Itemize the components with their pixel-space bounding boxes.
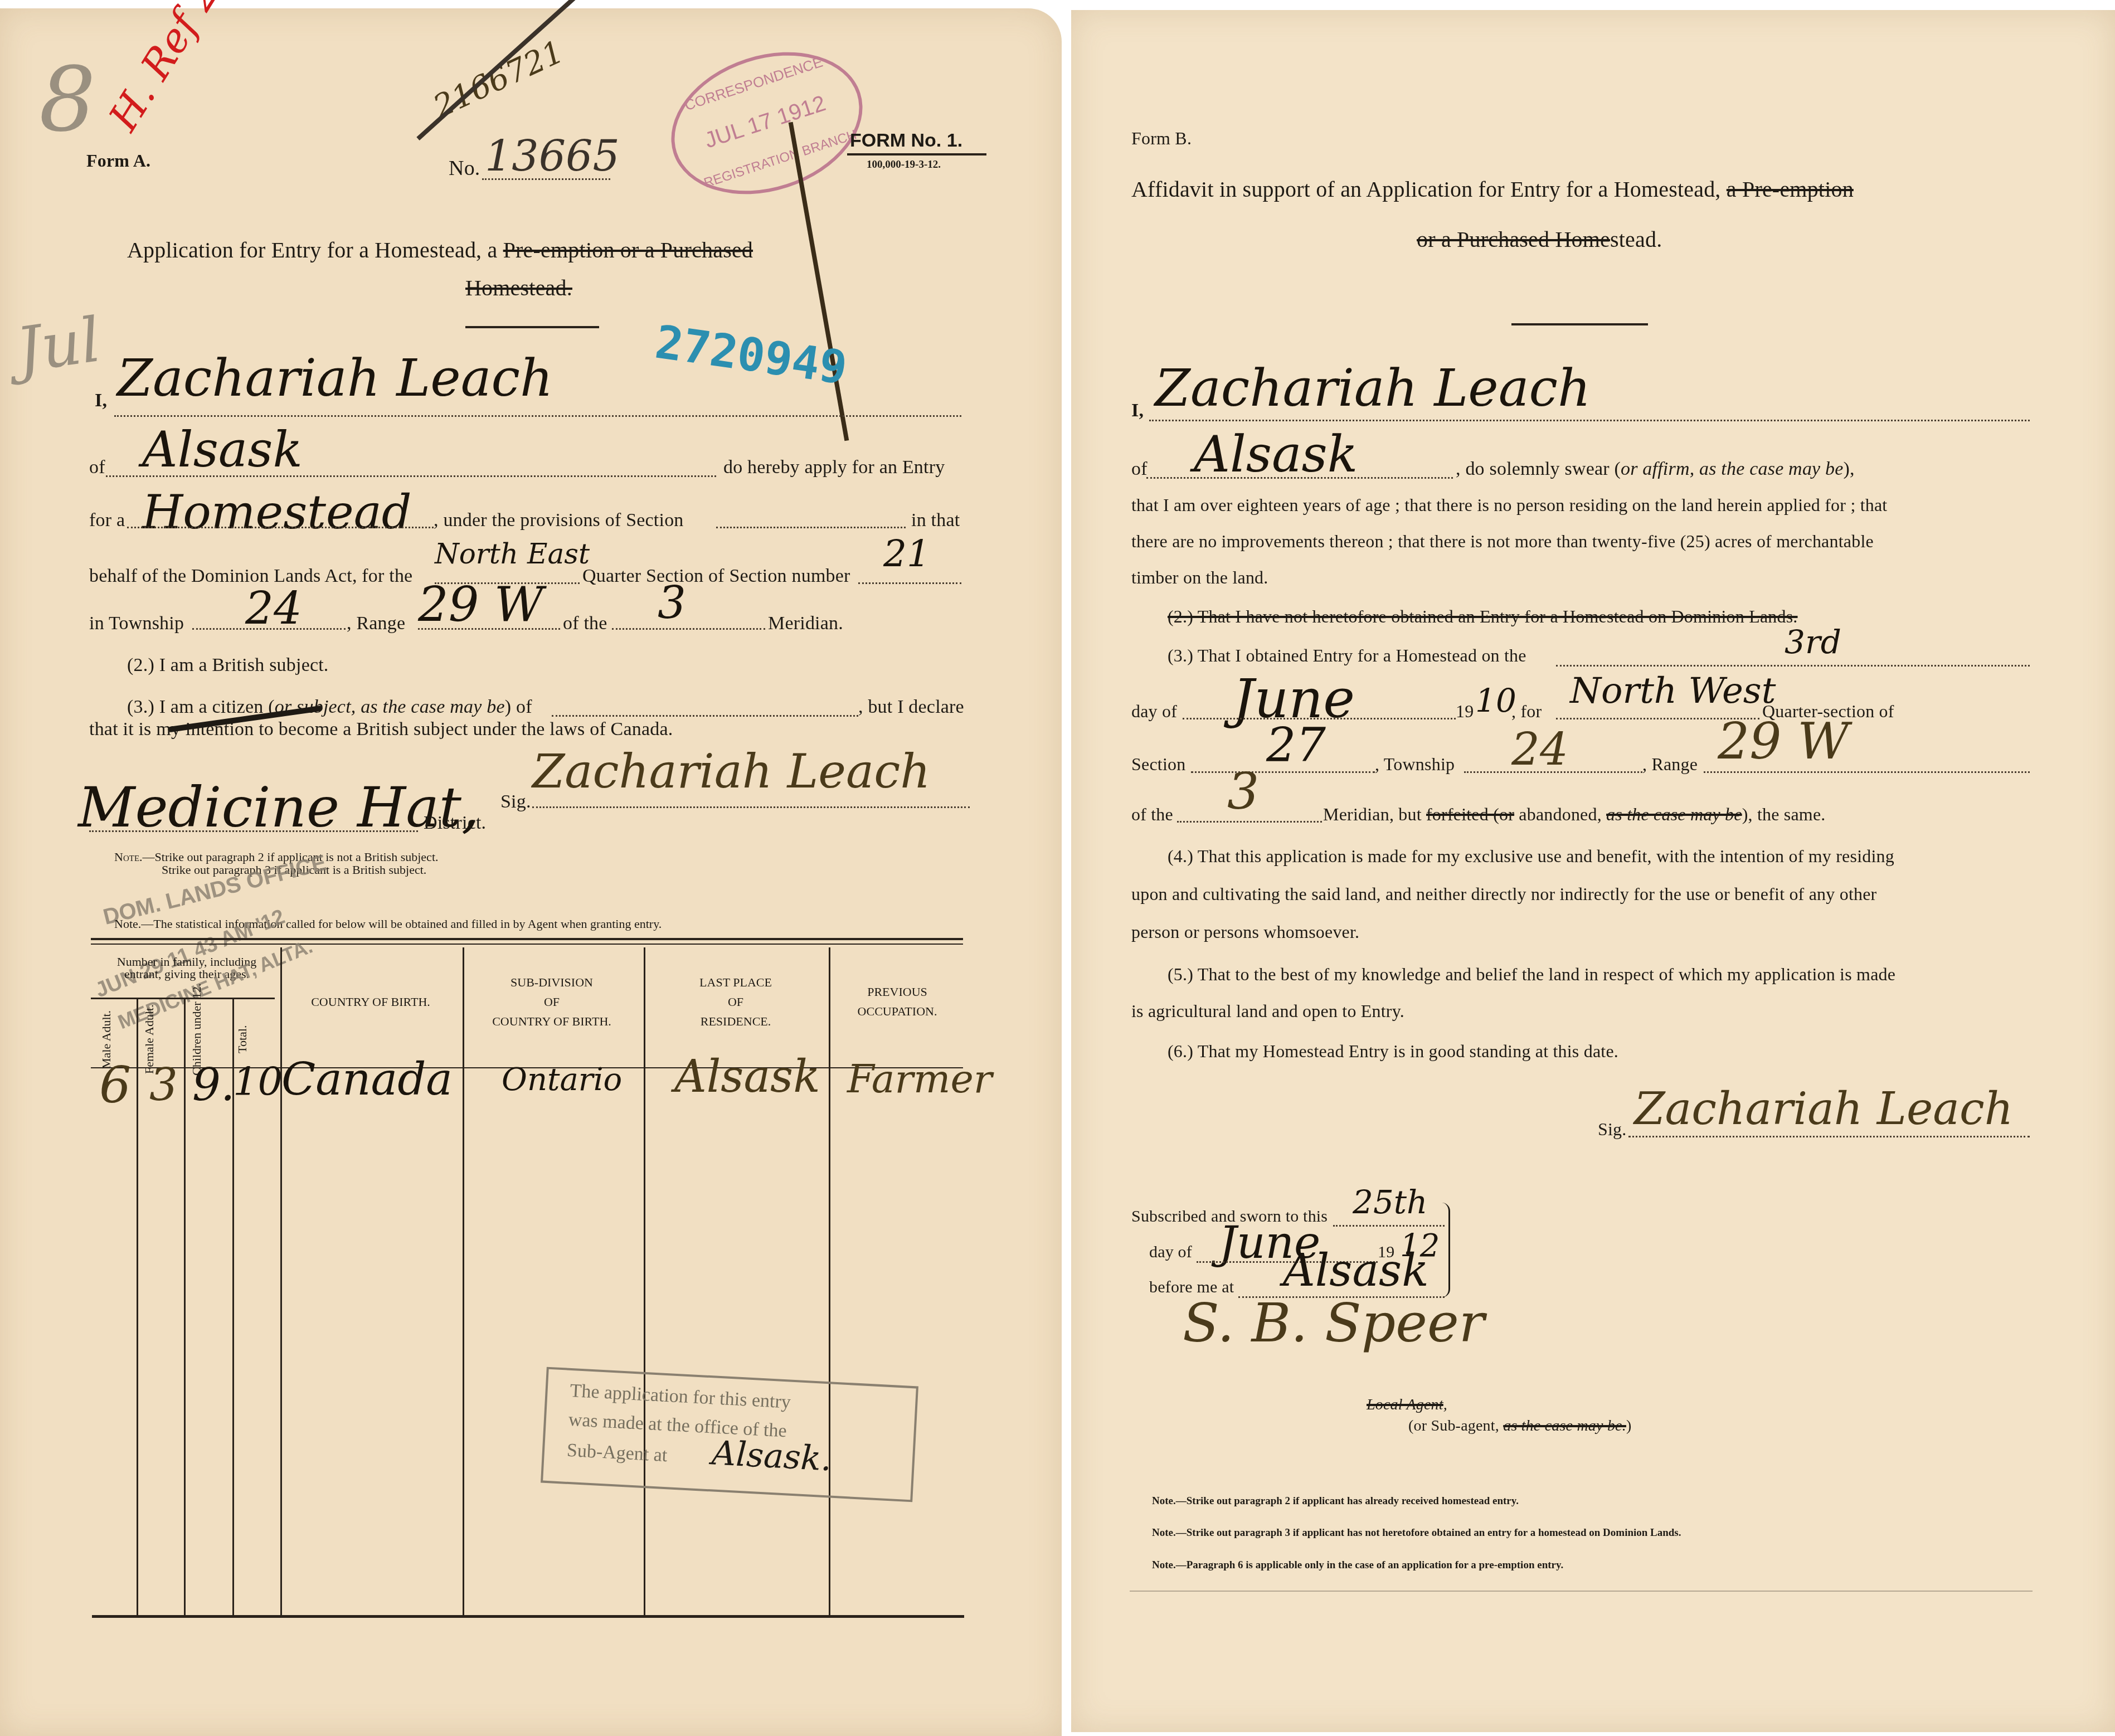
- year-value: 10: [1475, 682, 1516, 719]
- for-dots: [127, 527, 434, 528]
- township-value: 24: [245, 582, 302, 634]
- note-label: Note.: [114, 850, 143, 864]
- range-dots: [1704, 771, 2030, 773]
- name-dots: [114, 415, 961, 417]
- name-dots: [1149, 420, 2030, 421]
- cell-occupation: Farmer: [847, 1056, 992, 1102]
- sig-dots: [532, 806, 970, 808]
- col-occupation-1: PREVIOUS: [830, 985, 964, 999]
- col-subdivision-3: COUNTRY OF BIRTH.: [463, 1014, 641, 1029]
- sworn-dots: [1333, 1225, 1445, 1227]
- township-label: in Township: [89, 613, 184, 634]
- swear-a: , do solemnly swear (: [1456, 459, 1621, 479]
- sub-agent-box-stamp: The application for this entry was made …: [541, 1367, 918, 1502]
- meridian-a: Meridian, but: [1323, 804, 1422, 824]
- body-line4: timber on the land.: [1131, 567, 1268, 588]
- quarter-suffix: Quarter Section of Section number: [582, 566, 850, 587]
- cell-male-adult: 6: [99, 1056, 131, 1115]
- township-dots: [1464, 771, 1642, 773]
- note-1: Note.—Strike out paragraph 2 if applican…: [1152, 1495, 1519, 1508]
- for-label: , for: [1511, 701, 1542, 722]
- before-value: Alsask: [1283, 1244, 1429, 1296]
- swear-text: , do solemnly swear (or affirm, as the c…: [1456, 459, 1855, 480]
- sig-dots: [1628, 1136, 2030, 1137]
- sub-agent-a: (or Sub-agent,: [1408, 1417, 1499, 1434]
- col-last-place-2: OF: [644, 995, 828, 1009]
- citizen-dots: [552, 715, 858, 717]
- section-number-dots: [858, 582, 961, 584]
- para-4-line1: (4.) That this application is made for m…: [1168, 846, 1894, 867]
- correspondence-stamp: CORRESPONDENCE JUL 17 1912 REGISTRATION …: [653, 29, 881, 218]
- family-subrule: [91, 998, 275, 999]
- para-2: (2.) I am a British subject.: [127, 655, 329, 676]
- para-4-line2: upon and cultivating the said land, and …: [1131, 884, 1876, 905]
- col-subdivision-2: OF: [463, 995, 641, 1009]
- local-agent-struck: Local Agent: [1367, 1396, 1443, 1413]
- township-label: , Township: [1375, 754, 1455, 775]
- title-struck: Pre-emption or a Purchased: [503, 237, 753, 262]
- applicant-prefix: I,: [1131, 400, 1144, 421]
- cell-total: 10: [233, 1059, 283, 1105]
- para-3-line1: (3.) I am a citizen (or subject, as the …: [127, 697, 532, 718]
- col-occupation-2: OCCUPATION.: [830, 1004, 964, 1019]
- of-label: of: [89, 457, 105, 478]
- form-b-title-line2: or a Purchased Homestead.: [1417, 226, 1662, 252]
- para-3-suffix: , but I declare: [858, 697, 964, 718]
- meridian-struck-2: as the case may be: [1606, 804, 1742, 824]
- for-value: Homestead: [142, 485, 412, 539]
- applicant-name: Zachariah Leach: [1155, 358, 1591, 418]
- box-line3: Sub-Agent at: [566, 1440, 668, 1466]
- range-dots: [418, 628, 560, 630]
- of-label: of: [1131, 459, 1148, 480]
- body-line2: that I am over eighteen years of age ; t…: [1131, 495, 1887, 516]
- note-2: Note.—The statistical information called…: [114, 917, 662, 931]
- bracket: [1442, 1203, 1450, 1297]
- para-3-label: (3.) That I obtained Entry for a Homeste…: [1168, 645, 1526, 666]
- para3-b: ) of: [505, 697, 532, 717]
- para-4-line3: person or persons whomsoever.: [1131, 922, 1359, 942]
- township-dots: [192, 628, 346, 630]
- form-no-rule: [847, 153, 986, 155]
- range-label: , Range: [347, 613, 405, 634]
- meridian-value: 3: [658, 577, 686, 629]
- range-label: , Range: [1642, 754, 1698, 775]
- col-divider: [644, 947, 645, 1617]
- col-country-of-birth: COUNTRY OF BIRTH.: [281, 995, 460, 1009]
- year-prefix: 19: [1456, 701, 1474, 722]
- form-b-page: Form B. Affidavit in support of an Appli…: [1071, 10, 2115, 1732]
- sworn-day: 25th: [1353, 1183, 1427, 1221]
- pencil-margin-number: 8: [39, 47, 96, 152]
- col-last-place-1: LAST PLACE: [644, 975, 828, 990]
- para-6: (6.) That my Homestead Entry is in good …: [1168, 1041, 1618, 1062]
- box-line1: The application for this entry: [570, 1380, 791, 1413]
- of-value: Alsask: [142, 421, 303, 478]
- print-code: 100,000-19-3-12.: [867, 159, 941, 171]
- para-5-line1: (5.) That to the best of my knowledge an…: [1168, 964, 1895, 985]
- district-dots: [89, 830, 418, 832]
- local-agent: Local Agent,: [1367, 1396, 1447, 1414]
- sub-agent-b: ): [1626, 1417, 1632, 1434]
- para3-a: (3.) I am a citizen (: [127, 697, 275, 717]
- col-divider: [184, 999, 186, 1617]
- title-plain-2: stead.: [1610, 227, 1662, 252]
- col-divider: [829, 947, 830, 1617]
- para3-dots: [1556, 665, 2030, 667]
- bottom-rule: [1130, 1591, 2033, 1592]
- table-top-rule: [91, 938, 963, 940]
- cell-children: 9.: [192, 1059, 235, 1111]
- township-value: 24: [1511, 723, 1568, 775]
- form-b-title-line1: Affidavit in support of an Application f…: [1131, 176, 1854, 202]
- form-a-title-line2: Homestead.: [465, 275, 572, 301]
- sub-agent: (or Sub-agent, as the case may be.): [1408, 1417, 1631, 1435]
- col-last-place-3: RESIDENCE.: [644, 1014, 828, 1029]
- form-b-label: Form B.: [1131, 128, 1192, 149]
- local-agent-comma: ,: [1443, 1396, 1447, 1413]
- range-value: 29 W: [418, 577, 543, 633]
- section-value: 27: [1266, 718, 1326, 772]
- note-2: Note.—Strike out paragraph 3 if applican…: [1152, 1527, 1681, 1539]
- body-line3: there are no improvements thereon ; that…: [1131, 531, 1874, 552]
- title-underline: [1511, 323, 1648, 325]
- para-2-struck: (2.) That I have not heretofore obtained…: [1168, 606, 1798, 627]
- red-reference-note: H. Ref 2166715: [100, 0, 309, 139]
- form-a-title-line1: Application for Entry for a Homestead, a…: [127, 237, 753, 263]
- meridian-dots: [612, 628, 765, 630]
- applicant-prefix: I,: [95, 390, 107, 411]
- section-label: Section: [1131, 754, 1185, 775]
- title-struck: a Pre-emption: [1727, 177, 1854, 202]
- applicant-signature: Zachariah Leach: [1634, 1083, 2013, 1135]
- col-subdivision-1: SUB-DIVISION: [463, 975, 641, 990]
- range-value: 29 W: [1718, 712, 1849, 771]
- meridian-b: abandoned,: [1519, 804, 1602, 824]
- sig-label: Sig.: [500, 791, 531, 813]
- form-a-label: Form A.: [86, 150, 150, 171]
- meridian-text: Meridian, but forfeited (or abandoned, a…: [1323, 804, 1826, 825]
- form-number: FORM No. 1.: [850, 130, 962, 152]
- blue-number-stamp: 2720949: [652, 315, 850, 395]
- no-dots: [482, 178, 610, 180]
- table-bottom-rule: [92, 1615, 964, 1618]
- district-label: District.: [424, 813, 486, 834]
- meridian-c: ), the same.: [1742, 804, 1826, 824]
- application-number: 13665: [485, 131, 620, 181]
- note-3: Note.—Paragraph 6 is applicable only in …: [1152, 1559, 1563, 1572]
- title-plain: Application for Entry for a Homestead, a: [127, 237, 497, 262]
- of-dots: [1146, 477, 1453, 479]
- cell-country: Canada: [281, 1053, 453, 1105]
- no-label: No.: [449, 156, 480, 181]
- for-suffix2: in that: [911, 510, 960, 531]
- meridian-label: Meridian.: [768, 613, 843, 634]
- for-label: for a: [89, 510, 125, 531]
- form-a-page: 8 H. Ref 2166715 Form A. 2166721 No. 136…: [0, 8, 1062, 1736]
- meridian-value: 3: [1227, 762, 1259, 821]
- sub-agent-struck: as the case may be.: [1503, 1417, 1626, 1434]
- for-suffix: , under the provisions of Section: [434, 510, 684, 531]
- day-of-label: day of: [1131, 701, 1177, 722]
- meridian-dots: [1177, 821, 1322, 823]
- of-value: Alsask: [1194, 425, 1358, 484]
- table-top-rule-2: [91, 944, 963, 945]
- pencil-mark: Jul: [12, 304, 105, 386]
- title-plain: Affidavit in support of an Application f…: [1131, 177, 1721, 202]
- meridian-struck-1: forfeited (or: [1426, 804, 1514, 824]
- para3-day: 3rd: [1785, 623, 1841, 661]
- sig-label: Sig.: [1598, 1119, 1627, 1140]
- quarter-value: North West: [1570, 670, 1776, 712]
- para-5-line2: is agricultural land and open to Entry.: [1131, 1001, 1404, 1022]
- title-underline: [465, 326, 599, 328]
- section-number: 21: [883, 532, 930, 575]
- of-dots: [106, 475, 716, 477]
- of-suffix: do hereby apply for an Entry: [723, 457, 945, 478]
- quarter-value: North East: [435, 538, 590, 570]
- swear-italic: or affirm, as the case may be: [1621, 459, 1844, 479]
- cell-last-place: Alsask: [674, 1051, 820, 1102]
- title-struck-2: or a Purchased Home: [1417, 227, 1610, 252]
- section-dots: [1191, 771, 1375, 773]
- agent-signature: S. B. Speer: [1183, 1292, 1485, 1354]
- cell-female-adult: 3: [149, 1059, 178, 1111]
- col-divider: [137, 999, 138, 1617]
- sworn-day-of: day of: [1149, 1243, 1192, 1262]
- cell-subdivision: Ontario: [502, 1062, 622, 1098]
- swear-end: ),: [1844, 459, 1855, 479]
- col-divider: [463, 947, 464, 1617]
- applicant-signature: Zachariah Leach: [532, 744, 930, 799]
- applicant-name: Zachariah Leach: [117, 348, 553, 408]
- section-dots: [716, 527, 906, 528]
- box-value: Alsask.: [711, 1433, 833, 1479]
- of-the-label: of the: [563, 613, 607, 634]
- of-the-label: of the: [1131, 804, 1173, 825]
- col-divider: [280, 947, 282, 1617]
